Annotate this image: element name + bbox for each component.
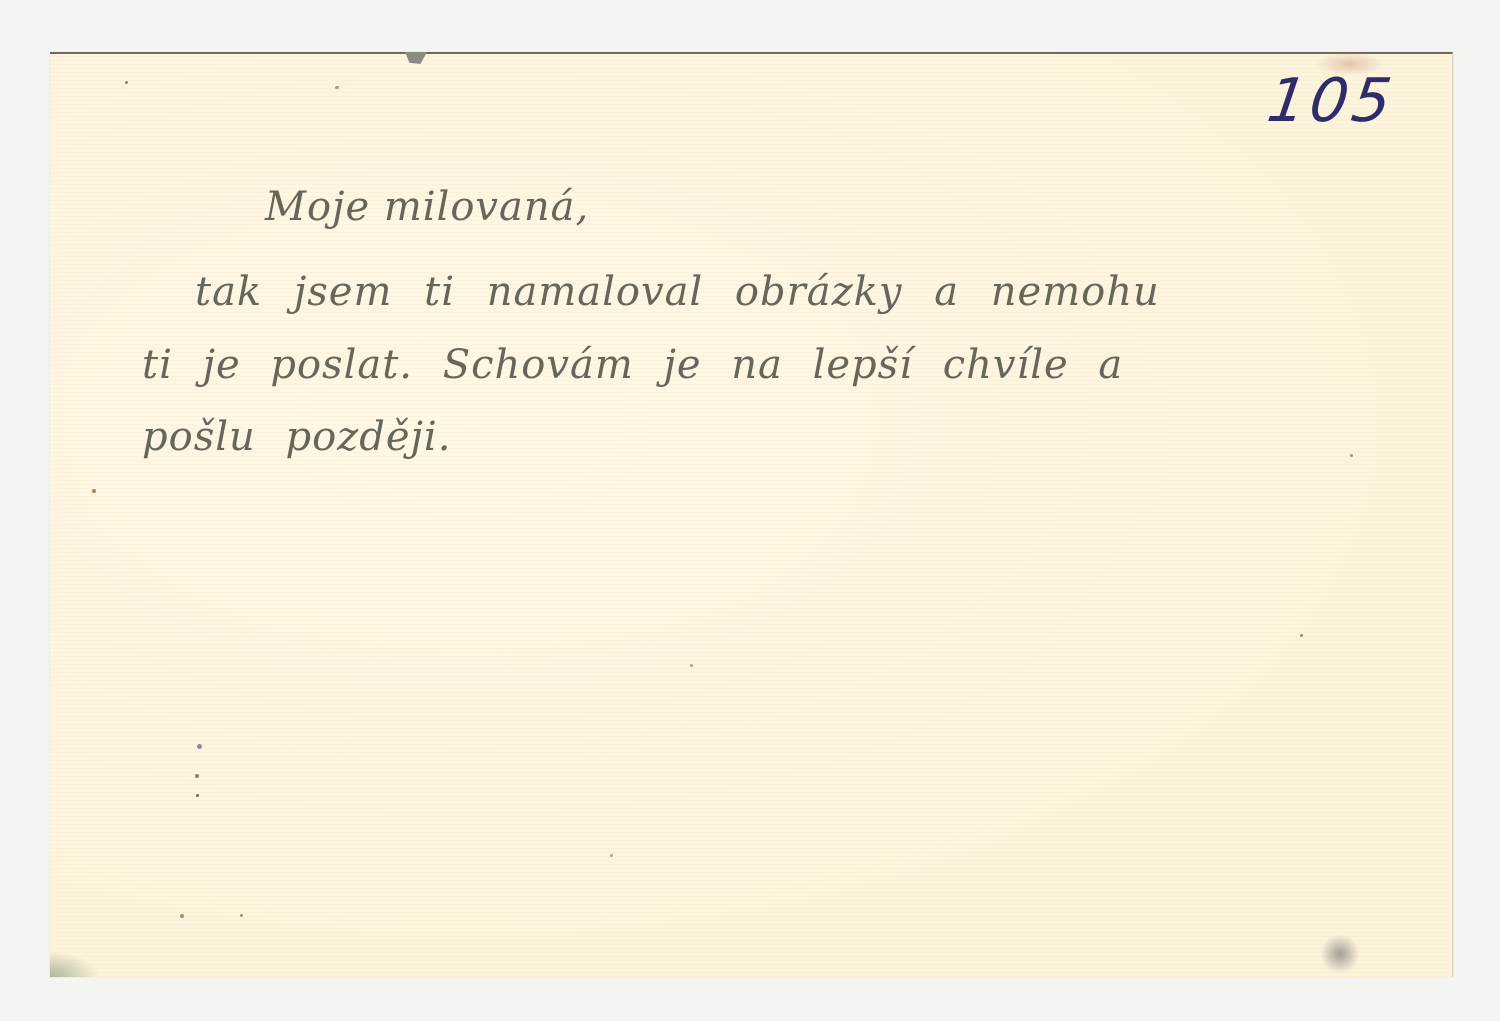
salutation-line: Moje milovaná, — [265, 184, 589, 230]
foxing-speck — [1350, 454, 1353, 457]
letter-card: 105 Moje milovaná, tak jsem ti namaloval… — [50, 52, 1453, 977]
body-line-2: ti je poslat. Schovám je na lepší chvíle… — [142, 342, 1123, 388]
body-line-3: pošlu později. — [142, 414, 451, 460]
foxing-speck — [690, 664, 693, 667]
foxing-speck — [1300, 634, 1303, 637]
foxing-speck — [92, 489, 96, 493]
corner-wear — [50, 951, 100, 977]
foxing-speck — [125, 81, 128, 84]
foxing-speck — [180, 914, 184, 918]
foxing-speck — [197, 744, 202, 749]
foxing-speck — [335, 86, 339, 89]
foxing-speck — [195, 774, 199, 778]
foxing-speck — [240, 914, 243, 917]
paper-notch — [405, 52, 427, 64]
foxing-speck — [196, 794, 199, 797]
page-number: 105 — [1263, 66, 1399, 136]
body-line-1: tak jsem ti namaloval obrázky a nemohu — [195, 269, 1160, 315]
foxing-speck — [610, 854, 613, 857]
ink-blot — [1320, 934, 1360, 974]
